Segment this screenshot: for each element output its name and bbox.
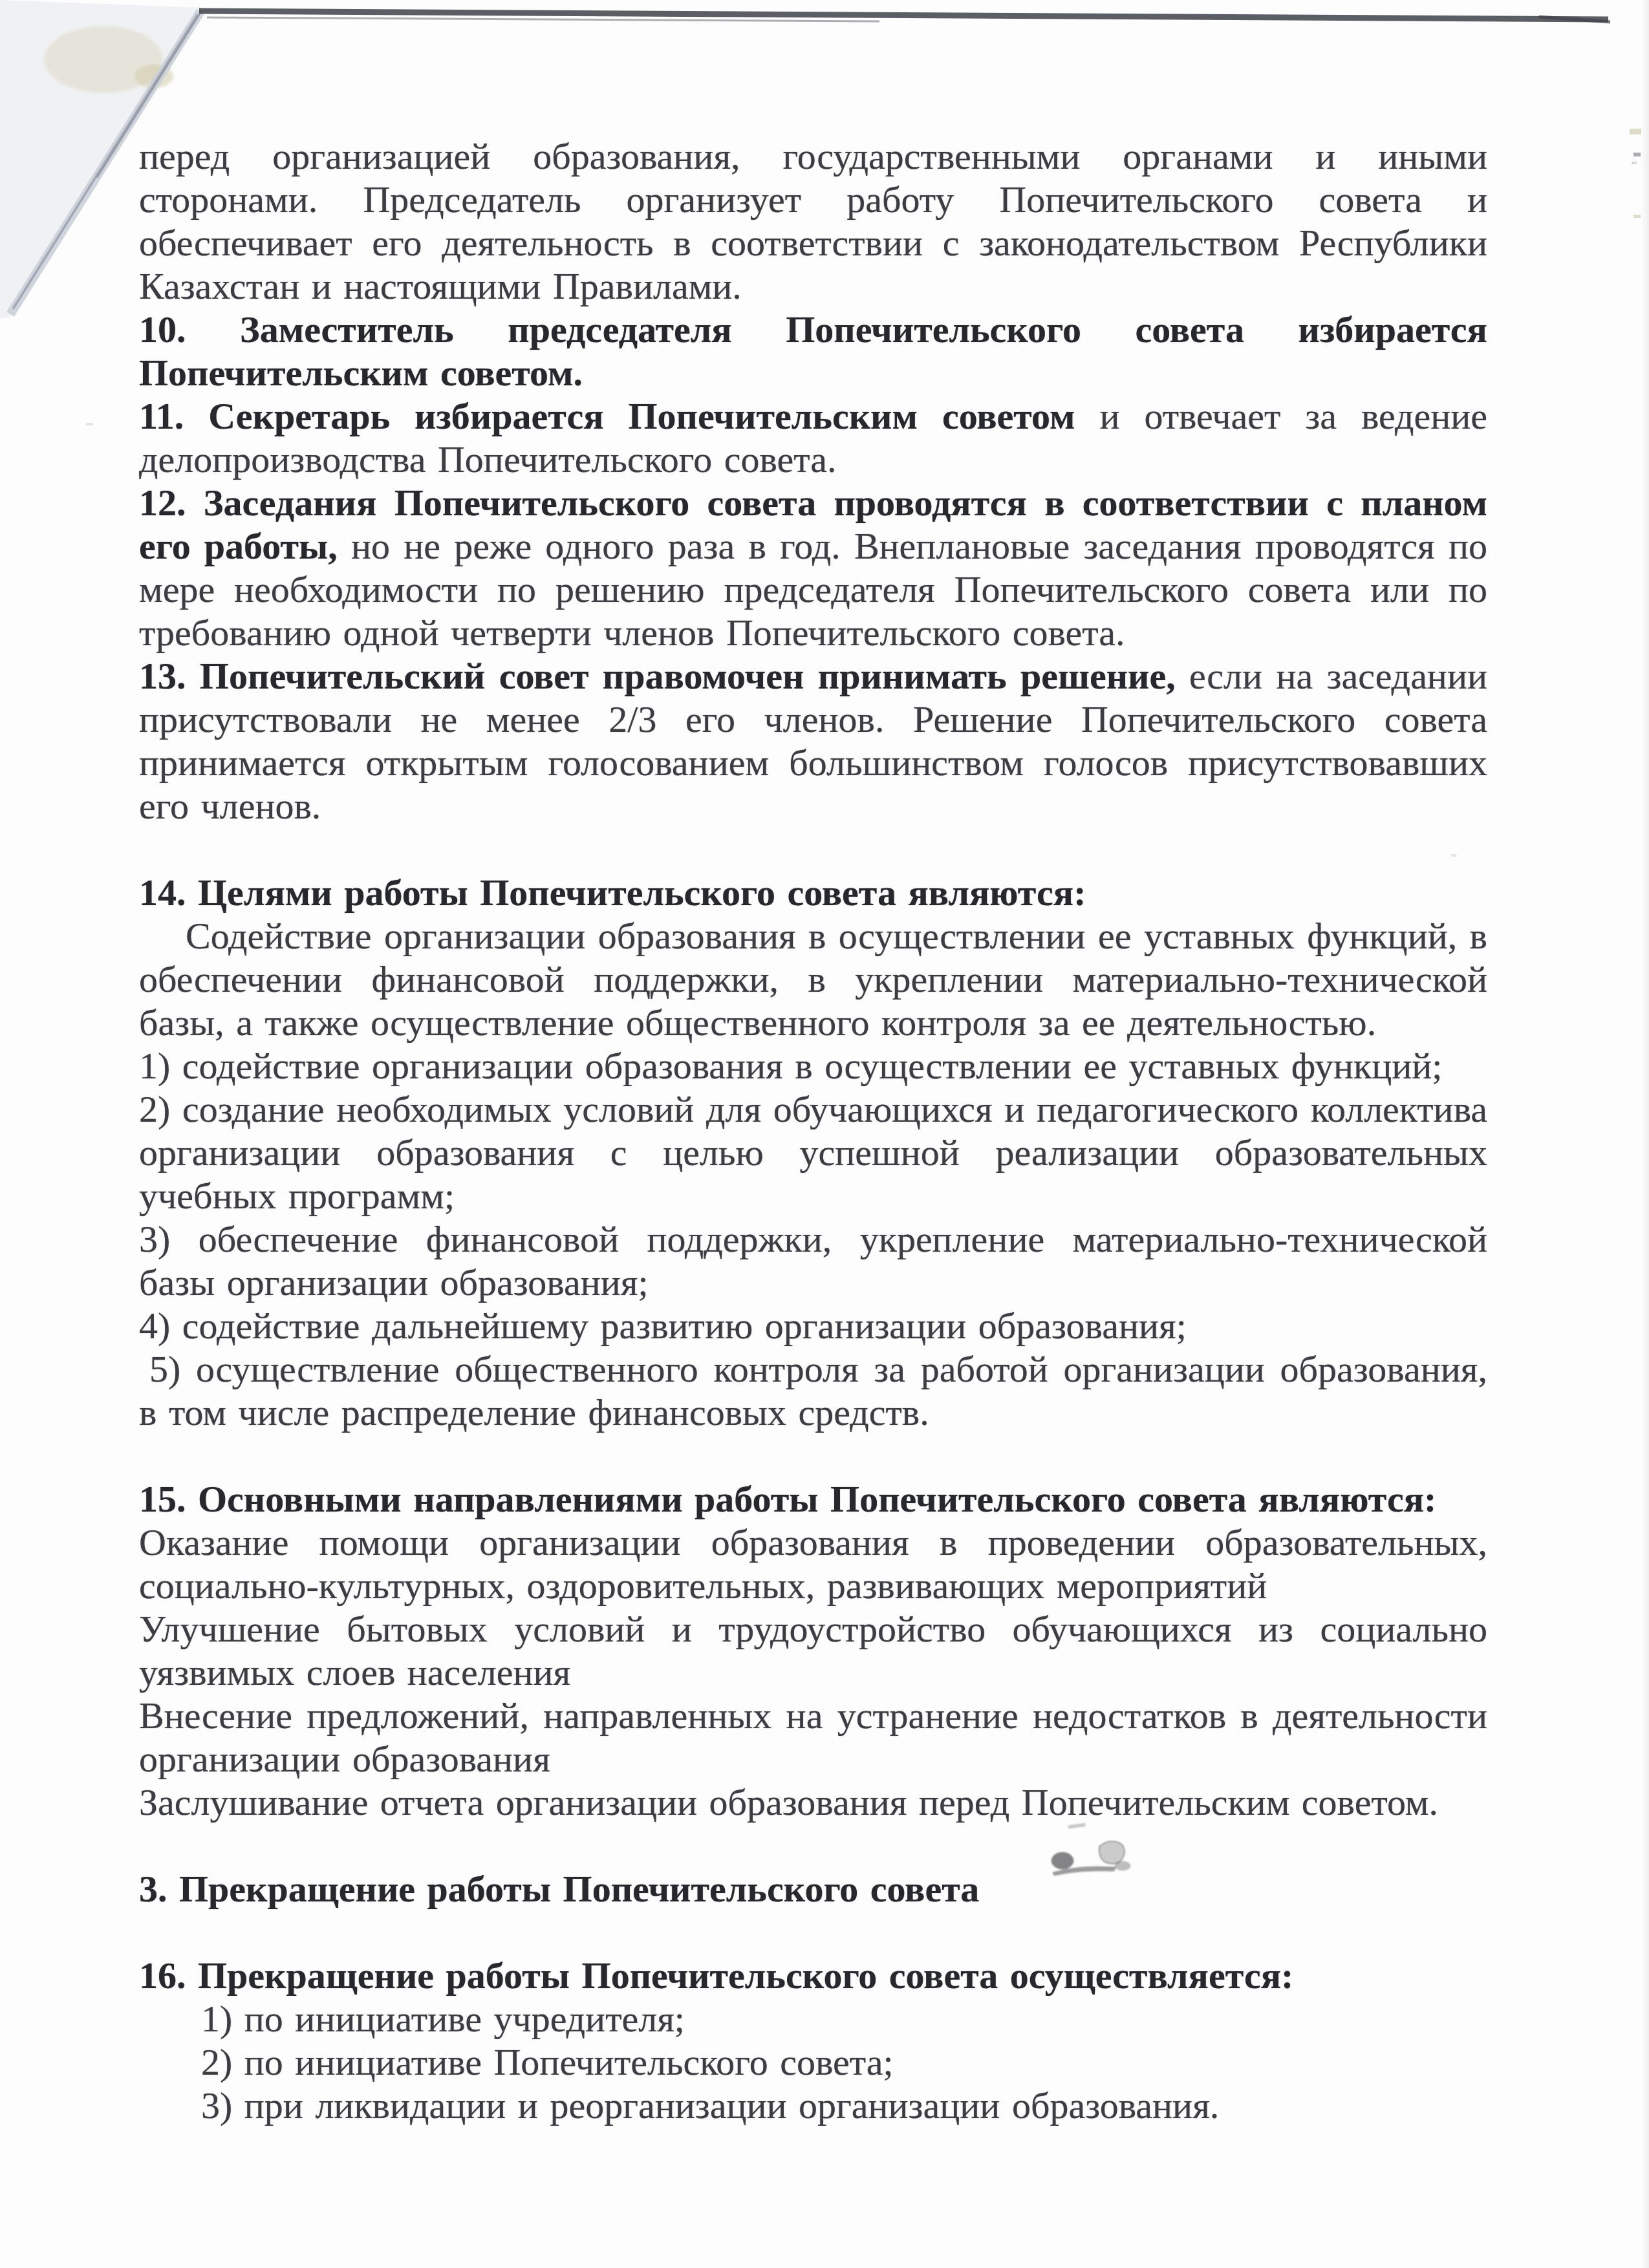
item-16-3: 3) при ликвидации и реорганизации органи…	[201, 2084, 1487, 2127]
item-11: 11. Секретарь избирается Попечительским …	[139, 394, 1487, 481]
text-run: Улучшение бытовых условий и трудоустройс…	[139, 1608, 1487, 1693]
text-run: 4) содействие дальнейшему развитию орган…	[139, 1305, 1187, 1347]
bold-run: 3. Прекращение работы Попечительского со…	[139, 1868, 979, 1910]
heading-15: 15. Основными направлениями работы Попеч…	[139, 1477, 1487, 1521]
text-run: 2) создание необходимых условий для обуч…	[139, 1088, 1487, 1217]
item-16-1: 1) по инициативе учредителя;	[201, 1997, 1487, 2040]
para-continuation: перед организацией образования, государс…	[139, 134, 1487, 308]
item-14-1: 1) содействие организации образования в …	[139, 1044, 1487, 1087]
document-body: перед организацией образования, государс…	[139, 134, 1487, 2127]
item-14-2: 2) создание необходимых условий для обуч…	[139, 1087, 1487, 1217]
para-15-2: Улучшение бытовых условий и трудоустройс…	[139, 1607, 1487, 1694]
text-run: Оказание помощи организации образования …	[139, 1521, 1487, 1607]
text-run: перед организацией образования, государс…	[139, 135, 1487, 307]
item-13: 13. Попечительский совет правомочен прин…	[139, 654, 1487, 828]
item-16-2: 2) по инициативе Попечительского совета;	[201, 2040, 1487, 2084]
text-run: Содействие организации образования в осу…	[139, 915, 1487, 1043]
bold-run: 14. Целями работы Попечительского совета…	[139, 872, 1086, 914]
item-14-4: 4) содействие дальнейшему развитию орган…	[139, 1304, 1487, 1347]
top-edge-line	[199, 11, 1610, 22]
text-run: 1) по инициативе учредителя;	[201, 1998, 685, 2040]
bold-run: 13. Попечительский совет правомочен прин…	[139, 655, 1176, 697]
para-14-intro: Содействие организации образования в осу…	[139, 914, 1487, 1044]
corner-smudge	[44, 26, 173, 93]
para-15-1: Оказание помощи организации образования …	[139, 1521, 1487, 1607]
bold-run: 16. Прекращение работы Попечительского с…	[139, 1954, 1293, 1996]
item-10: 10. Заместитель председателя Попечительс…	[139, 308, 1487, 394]
heading-16: 16. Прекращение работы Попечительского с…	[139, 1954, 1487, 1997]
text-run: 3) обеспечение финансовой поддержки, укр…	[139, 1218, 1487, 1303]
bold-run: 10. Заместитель председателя Попечительс…	[139, 308, 1487, 394]
text-run: 1) содействие организации образования в …	[139, 1045, 1442, 1087]
item-14-5: 5) осуществление общественного контроля …	[139, 1347, 1487, 1434]
text-run: 5) осуществление общественного контроля …	[139, 1348, 1487, 1433]
para-15-3: Внесение предложений, направленных на ус…	[139, 1694, 1487, 1781]
chapter-heading-3: 3. Прекращение работы Попечительского со…	[139, 1867, 1487, 1910]
text-run: Внесение предложений, направленных на ус…	[139, 1695, 1487, 1780]
scanned-page: перед организацией образования, государс…	[0, 0, 1649, 2268]
text-run: Заслушивание отчета организации образова…	[139, 1781, 1438, 1823]
bold-run: 15. Основными направлениями работы Попеч…	[139, 1478, 1436, 1520]
text-run: 3) при ликвидации и реорганизации органи…	[201, 2084, 1219, 2126]
text-run: 2) по инициативе Попечительского совета;	[201, 2041, 894, 2083]
item-14-3: 3) обеспечение финансовой поддержки, укр…	[139, 1217, 1487, 1304]
heading-14: 14. Целями работы Попечительского совета…	[139, 871, 1487, 914]
bold-run: 11. Секретарь избирается Попечительским …	[139, 395, 1099, 437]
para-15-4: Заслушивание отчета организации образова…	[139, 1781, 1487, 1824]
item-12: 12. Заседания Попечительского совета про…	[139, 481, 1487, 654]
